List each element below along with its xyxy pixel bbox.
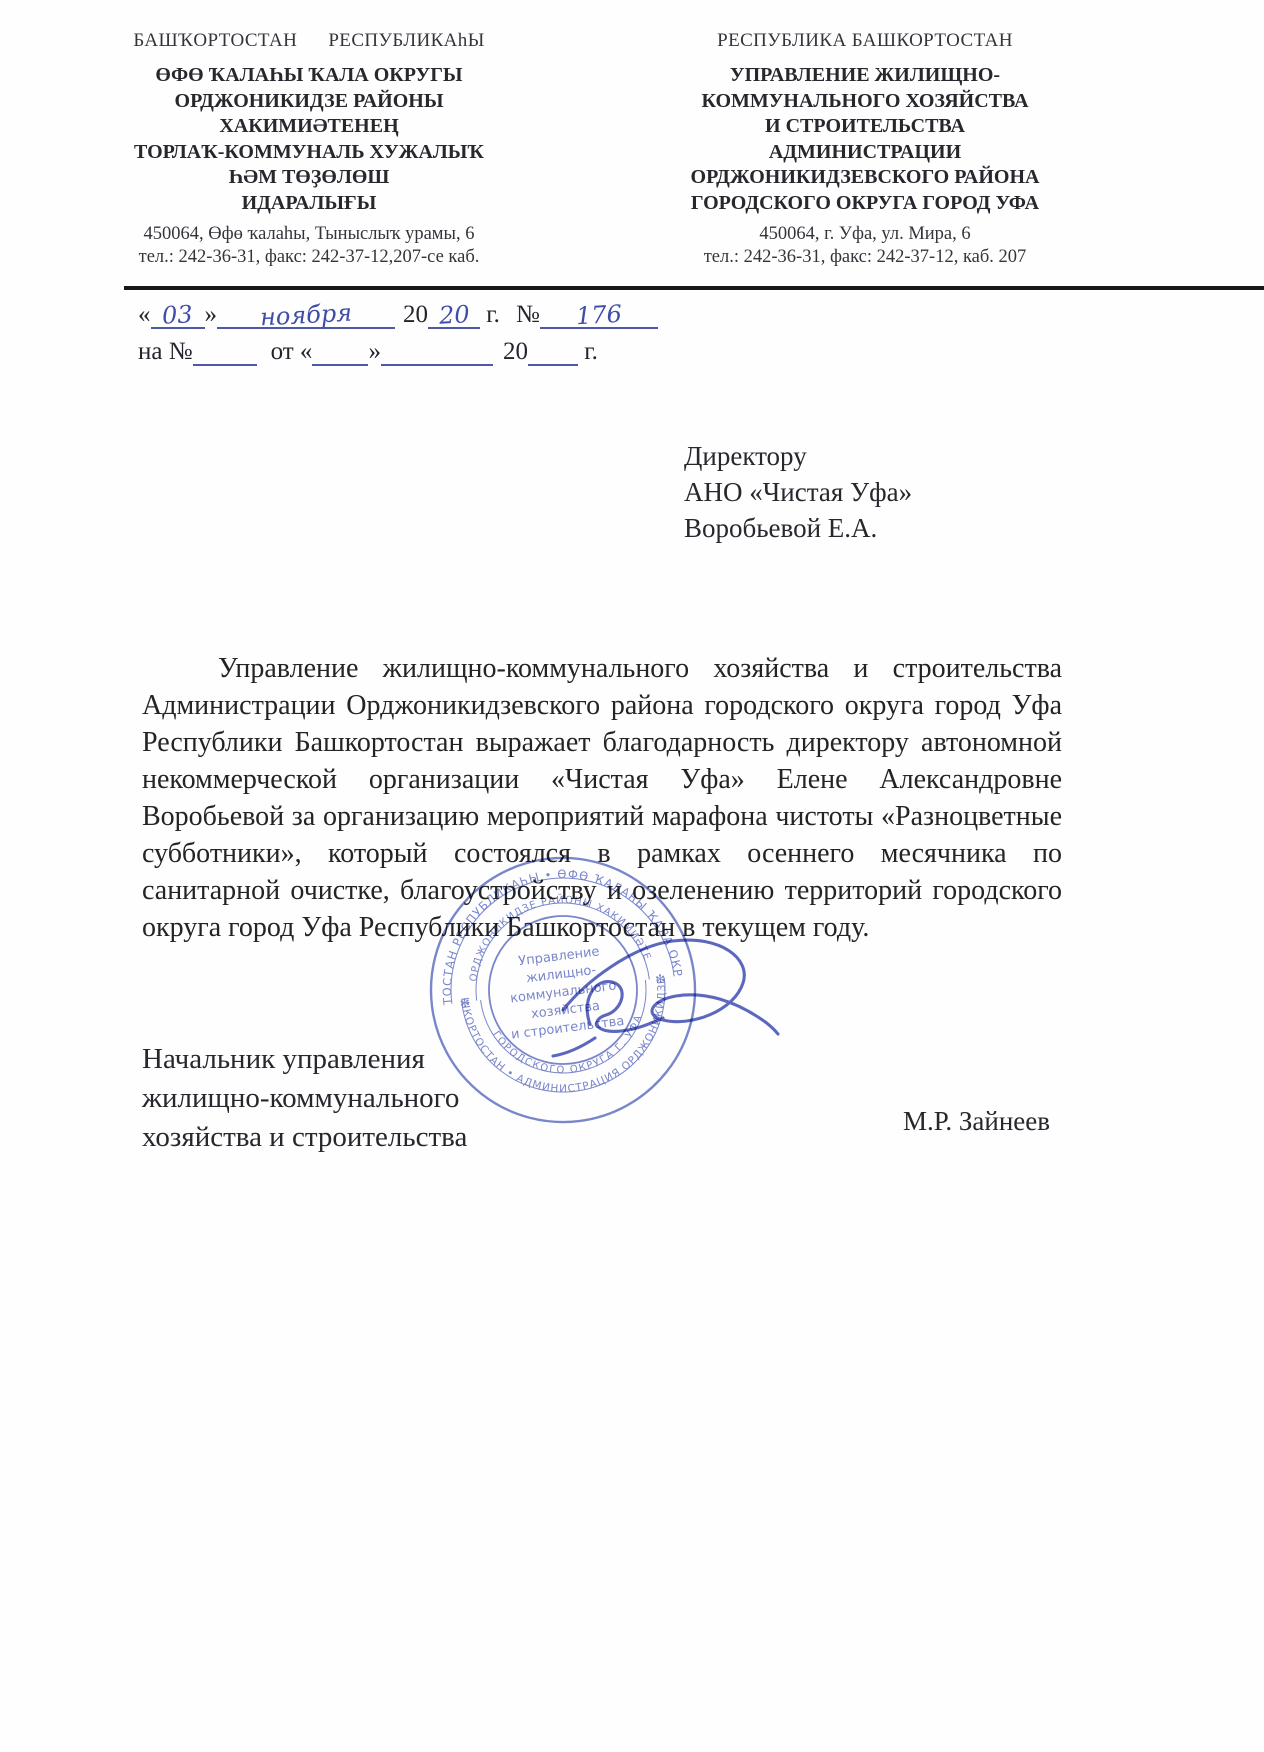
addressee-block: Директору АНО «Чистая Уфа» Воробьевой Е.…: [684, 438, 912, 546]
addressee-person: Воробьевой Е.А.: [684, 510, 912, 546]
reference-block: «03»ноября2020 г.№176 на №от «»20 г.: [138, 301, 658, 375]
signer-name: М.Р. Зайнеев: [903, 1106, 1050, 1137]
signature-initial-stroke: [587, 982, 663, 1032]
date-number-line: «03»ноября2020 г.№176: [138, 301, 658, 338]
handwritten-year: 20: [438, 300, 470, 330]
month-field: ноября: [217, 301, 395, 329]
reply-year: 20: [503, 338, 528, 365]
org-line: ҺӘМ ТӨҘӨЛӨШ: [116, 165, 502, 191]
org-line: ТОРЛАҠ-КОММУНАЛЬ ХУЖАЛЫҠ: [116, 140, 502, 166]
org-line: ГОРОДСКОГО ОКРУГА ГОРОД УФА: [628, 191, 1102, 217]
phone-line: тел.: 242-36-31, факс: 242-37-12,207-се …: [116, 246, 502, 269]
org-line: ХАКИМИӘТЕНЕҢ: [116, 114, 502, 140]
org-line: ОРДЖОНИКИДЗЕВСКОГО РАЙОНА: [628, 165, 1102, 191]
org-line: АДМИНИСТРАЦИИ: [628, 140, 1102, 166]
handwritten-month: ноября: [259, 299, 352, 332]
org-line: ӨФӨ ҠАЛАҺЫ ҠАЛА ОКРУГЫ: [116, 63, 502, 89]
reply-close-quote: »: [368, 338, 381, 365]
address-line: 450064, г. Уфа, ул. Мира, 6: [628, 223, 1102, 246]
letterhead-bashkir-contacts: 450064, Өфө ҡалаһы, Тыныслыҡ урамы, 6 те…: [116, 223, 502, 269]
stamp-star-left: ✻: [459, 995, 471, 1010]
handwritten-number: 176: [575, 300, 622, 330]
reply-reference-line: на №от «»20 г.: [138, 338, 658, 375]
addressee-title: Директору: [684, 438, 912, 474]
year-abbr: г.: [486, 301, 500, 328]
signature-tail-stroke: [553, 1038, 595, 1056]
reply-from: от «: [271, 338, 313, 365]
letterhead-russian: РЕСПУБЛИКА БАШКОРТОСТАН УПРАВЛЕНИЕ ЖИЛИЩ…: [628, 30, 1102, 269]
reply-number-field: [193, 338, 257, 366]
letterhead-bashkir-republic: БАШҠОРТОСТАН РЕСПУБЛИКАһЫ: [116, 30, 502, 52]
org-line: И СТРОИТЕЛЬСТВА: [628, 114, 1102, 140]
reply-year-field: [528, 338, 578, 366]
open-quote: «: [138, 301, 151, 328]
reply-month-field: [381, 338, 493, 366]
address-line: 450064, Өфө ҡалаһы, Тыныслыҡ урамы, 6: [116, 223, 502, 246]
addressee-organization: АНО «Чистая Уфа»: [684, 474, 912, 510]
number-sign: №: [516, 301, 540, 328]
handwritten-signature: [535, 926, 785, 1064]
phone-line: тел.: 242-36-31, факс: 242-37-12, каб. 2…: [628, 246, 1102, 269]
reply-day-field: [312, 338, 368, 366]
letterhead-russian-republic: РЕСПУБЛИКА БАШКОРТОСТАН: [628, 30, 1102, 52]
letterhead-russian-org: УПРАВЛЕНИЕ ЖИЛИЩНО- КОММУНАЛЬНОГО ХОЗЯЙС…: [628, 63, 1102, 216]
letterhead-russian-contacts: 450064, г. Уфа, ул. Мира, 6 тел.: 242-36…: [628, 223, 1102, 269]
reply-year-abbr: г.: [584, 338, 598, 365]
scanned-letter-page: БАШҠОРТОСТАН РЕСПУБЛИКАһЫ ӨФӨ ҠАЛАҺЫ ҠАЛ…: [0, 0, 1264, 1752]
year-field: 20: [428, 301, 480, 329]
org-line: УПРАВЛЕНИЕ ЖИЛИЩНО-: [628, 63, 1102, 89]
org-line: КОММУНАЛЬНОГО ХОЗЯЙСТВА: [628, 89, 1102, 115]
day-field: 03: [151, 301, 205, 329]
org-line: ОРДЖОНИКИДЗЕ РАЙОНЫ: [116, 89, 502, 115]
reply-prefix: на №: [138, 338, 193, 365]
letterhead-bashkir: БАШҠОРТОСТАН РЕСПУБЛИКАһЫ ӨФӨ ҠАЛАҺЫ ҠАЛ…: [116, 30, 502, 269]
letterhead-divider-rule: [124, 286, 1264, 290]
letterhead-bashkir-org: ӨФӨ ҠАЛАҺЫ ҠАЛА ОКРУГЫ ОРДЖОНИКИДЗЕ РАЙО…: [116, 63, 502, 216]
year-printed: 20: [403, 301, 428, 328]
close-quote: »: [205, 301, 218, 328]
handwritten-day: 03: [162, 300, 194, 330]
org-line: ИДАРАЛЫҒЫ: [116, 191, 502, 217]
number-field: 176: [540, 301, 658, 329]
